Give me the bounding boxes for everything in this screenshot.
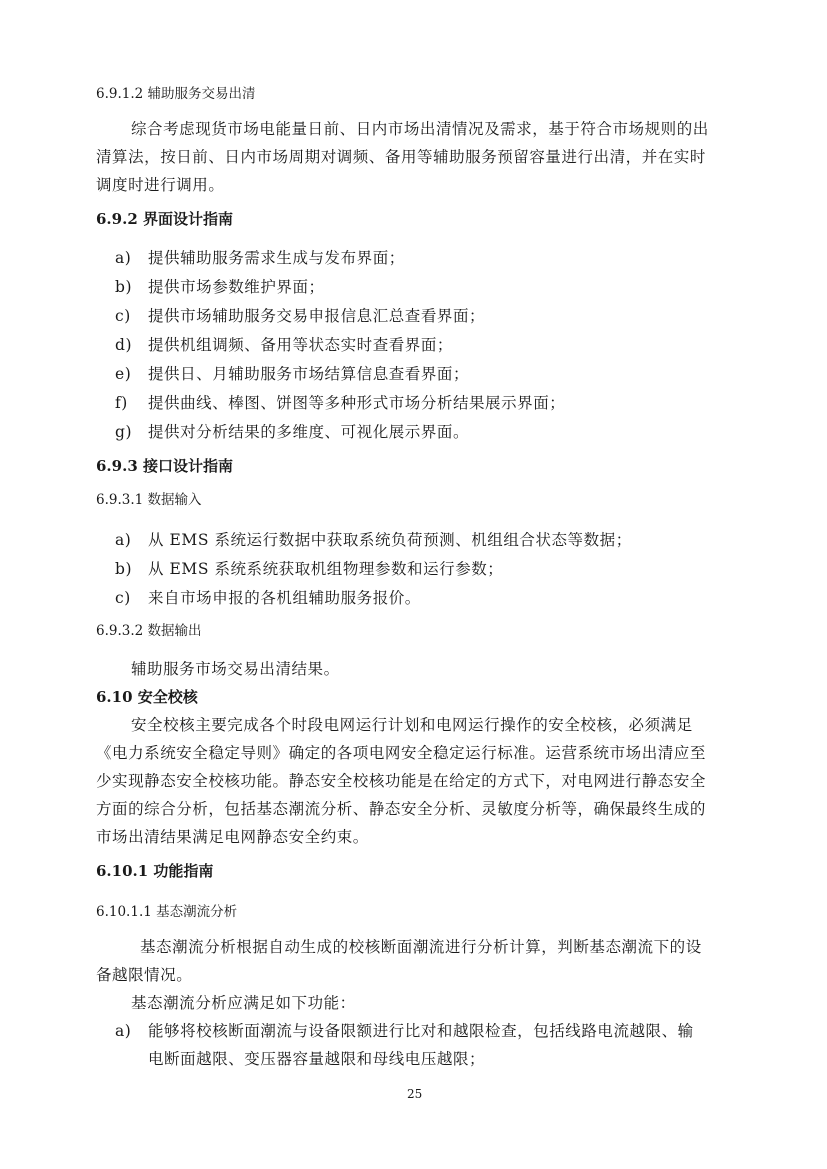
list-item-label: f) — [115, 396, 148, 412]
list-item-text: 来自市场申报的各机组辅助服务报价。 — [148, 589, 421, 607]
list-item-text: 提供市场参数维护界面； — [148, 278, 325, 296]
heading-6-9-3: 6.9.3 接口设计指南 — [96, 459, 233, 474]
heading-6-9-3-1: 6.9.3.1 数据输入 — [96, 494, 202, 508]
list-item-label: g) — [115, 425, 148, 441]
list-item-text: 提供曲线、棒图、饼图等多种形式市场分析结果展示界面； — [148, 394, 565, 412]
list-item: e)提供日、月辅助服务市场结算信息查看界面； — [115, 367, 469, 383]
paragraph-line: 基态潮流分析根据自动生成的校核断面潮流进行分析计算，判断基态潮流下的设 — [140, 940, 702, 956]
list-item: b)提供市场参数维护界面； — [115, 280, 325, 296]
heading-6-9-3-2: 6.9.3.2 数据输出 — [96, 625, 202, 639]
list-item-text: 能够将校核断面潮流与设备限额进行比对和越限检查，包括线路电流越限、输 — [148, 1022, 694, 1040]
list-item: a)能够将校核断面潮流与设备限额进行比对和越限检查，包括线路电流越限、输 — [115, 1024, 694, 1040]
heading-6-10: 6.10 安全校核 — [96, 690, 198, 705]
list-item-label: c) — [115, 309, 148, 325]
paragraph-line: 辅助服务市场交易出清结果。 — [131, 662, 340, 678]
list-item-label: a) — [115, 1024, 148, 1040]
list-item-label: b) — [115, 280, 148, 296]
paragraph-line: 市场出清结果满足电网静态安全约束。 — [96, 830, 369, 846]
list-item: g)提供对分析结果的多维度、可视化展示界面。 — [115, 425, 469, 441]
list-item-label: e) — [115, 367, 148, 383]
list-item-text: 提供市场辅助服务交易申报信息汇总查看界面； — [148, 307, 485, 325]
paragraph-line: 基态潮流分析应满足如下功能： — [131, 996, 356, 1012]
list-item-continuation: 电断面越限、变压器容量越限和母线电压越限； — [148, 1052, 485, 1068]
heading-6-9-1-2: 6.9.1.2 辅助服务交易出清 — [96, 88, 256, 102]
paragraph-line: 少实现静态安全校核功能。静态安全校核功能是在给定的方式下，对电网进行静态安全 — [96, 774, 706, 790]
paragraph-line: 备越限情况。 — [96, 968, 192, 984]
list-item-text: 从 EMS 系统系统获取机组物理参数和运行参数； — [148, 560, 503, 578]
paragraph-line: 调度时进行调用。 — [96, 178, 224, 194]
list-item-label: b) — [115, 562, 148, 578]
paragraph-line: 《电力系统安全稳定导则》确定的各项电网安全稳定运行标准。运营系统市场出清应至 — [96, 746, 706, 762]
list-item-label: c) — [115, 591, 148, 607]
heading-6-10-1-1: 6.10.1.1 基态潮流分析 — [96, 906, 237, 920]
list-item: c)来自市场申报的各机组辅助服务报价。 — [115, 591, 421, 607]
paragraph-line: 安全校核主要完成各个时段电网运行计划和电网运行操作的安全校核，必须满足 — [131, 718, 693, 734]
list-item-text: 提供日、月辅助服务市场结算信息查看界面； — [148, 365, 469, 383]
paragraph-line: 方面的综合分析，包括基态潮流分析、静态安全分析、灵敏度分析等，确保最终生成的 — [96, 802, 706, 818]
list-item: b)从 EMS 系统系统获取机组物理参数和运行参数； — [115, 562, 503, 578]
paragraph-line: 清算法，按日前、日内市场周期对调频、备用等辅助服务预留容量进行出清，并在实时 — [96, 150, 706, 166]
list-item-label: d) — [115, 338, 148, 354]
list-item-text: 提供机组调频、备用等状态实时查看界面； — [148, 336, 453, 354]
heading-6-9-2: 6.9.2 界面设计指南 — [96, 212, 233, 227]
list-item: a)提供辅助服务需求生成与发布界面； — [115, 251, 405, 267]
list-item-text: 提供对分析结果的多维度、可视化展示界面。 — [148, 423, 469, 441]
page-number: 25 — [407, 1088, 422, 1100]
list-item-label: a) — [115, 251, 148, 267]
list-item-label: a) — [115, 533, 148, 549]
list-item: a)从 EMS 系统运行数据中获取系统负荷预测、机组组合状态等数据； — [115, 533, 632, 549]
list-item-text: 提供辅助服务需求生成与发布界面； — [148, 249, 405, 267]
paragraph-line: 综合考虑现货市场电能量日前、日内市场出清情况及需求，基于符合市场规则的出 — [131, 122, 709, 138]
list-item-text: 从 EMS 系统运行数据中获取系统负荷预测、机组组合状态等数据； — [148, 531, 632, 549]
heading-6-10-1: 6.10.1 功能指南 — [96, 864, 213, 879]
list-item: d)提供机组调频、备用等状态实时查看界面； — [115, 338, 453, 354]
list-item: c)提供市场辅助服务交易申报信息汇总查看界面； — [115, 309, 485, 325]
list-item: f)提供曲线、棒图、饼图等多种形式市场分析结果展示界面； — [115, 396, 565, 412]
